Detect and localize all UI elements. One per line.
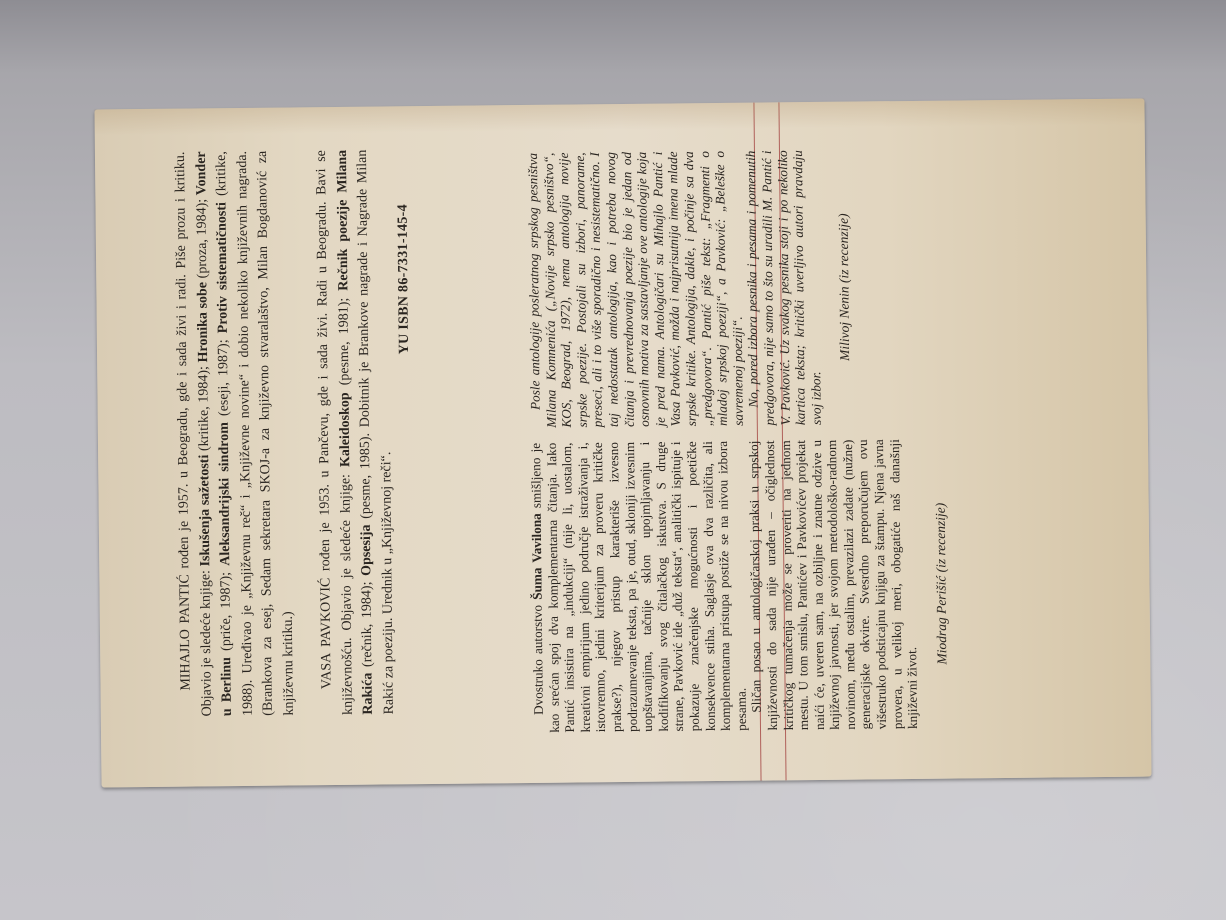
- bio-text: (pesme, 1981);: [336, 291, 352, 393]
- author-name: VASA PAVKOVIĆ: [318, 578, 334, 690]
- review-right-paragraph-1: Posle antologije posleratnog srpskog pes…: [525, 151, 746, 428]
- book-title: Hronika sobe: [195, 282, 211, 363]
- author-name: MIHAJLO PANTIĆ: [177, 574, 193, 691]
- bio-text: (kritike, 1984);: [196, 362, 212, 454]
- bio-pantic: MIHAJLO PANTIĆ rođen je 1957. u Beogradu…: [171, 150, 300, 716]
- review-right-paragraph-2: No, pored izbora pesnika i pesama i pome…: [743, 150, 824, 426]
- bio-text: (priče, 1987);: [218, 566, 234, 657]
- bio-text: (eseji, 1987);: [216, 333, 232, 422]
- review-left-signature: Miodrag Perišić (iz recenzije): [932, 439, 951, 729]
- isbn: YU ISBN 86-7331-145-4: [395, 204, 413, 354]
- book-title: Opsesija: [359, 524, 375, 575]
- book-title: Iskušenja sažetosti: [197, 455, 213, 567]
- review-text: smišljeno je kao srećan spoj dva komplem…: [528, 441, 749, 733]
- book-title: Protiv sistematičnosti: [214, 202, 230, 333]
- review-right-column: Posle antologije posleratnog srpskog pes…: [525, 150, 854, 428]
- book-title: Kaleidoskop: [337, 392, 353, 467]
- review-left-column: Dvostruko autorstvo Šuma Vavilona smišlj…: [528, 439, 950, 733]
- book-title: Aleksandrijski sindrom: [217, 422, 234, 566]
- author-bios: MIHAJLO PANTIĆ rođen je 1957. u Beogradu…: [171, 149, 418, 716]
- cover-page-rotated: MIHAJLO PANTIĆ rođen je 1957. u Beogradu…: [94, 99, 1151, 788]
- review-right-signature: Milivoj Nenin (iz recenzije): [835, 150, 853, 425]
- review-text: Dvostruko autorstvo: [530, 600, 546, 715]
- review-left-paragraph-2: Sličan posao u antologičarskoj praksi u …: [746, 439, 921, 731]
- bio-pavkovic: VASA PAVKOVIĆ rođen je 1953. u Pančevu, …: [312, 149, 400, 715]
- bio-text: (proza, 1984);: [194, 195, 210, 282]
- book-back-cover: MIHAJLO PANTIĆ rođen je 1957. u Beogradu…: [94, 99, 1151, 788]
- book-title: Šuma Vavilona: [529, 513, 545, 600]
- review-left-paragraph-1: Dvostruko autorstvo Šuma Vavilona smišlj…: [528, 441, 749, 733]
- bio-text: (rečnik, 1984);: [359, 576, 375, 673]
